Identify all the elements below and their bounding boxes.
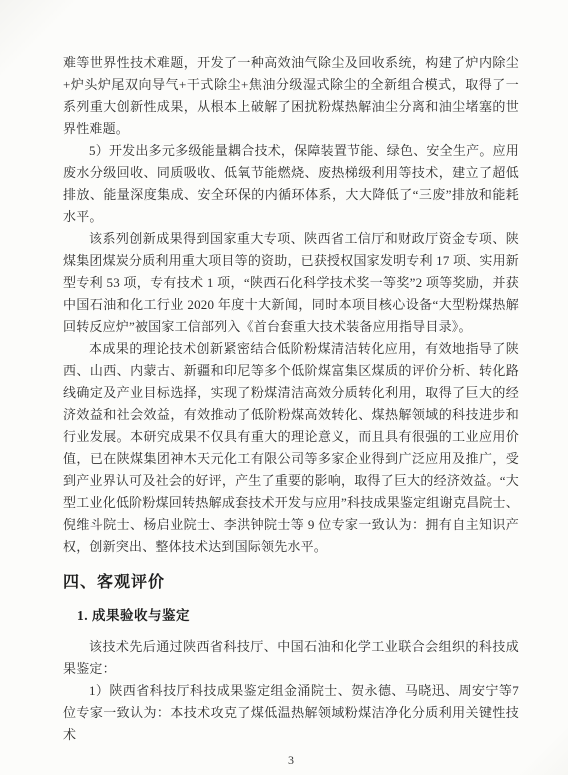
section-heading-objective-evaluation: 四、客观评价 — [63, 572, 519, 594]
paragraph-continuation: 难等世界性技术难题，开发了一种高效油气除尘及回收系统，构建了炉内除尘+炉头炉尾双… — [63, 52, 519, 140]
paragraph-appraisal-item1: 1）陕西省科技厅科技成果鉴定组金涌院士、贺永德、马晓迅、周安宁等7位专家一致认为… — [63, 680, 519, 746]
paragraph-appraisal-intro: 该技术先后通过陕西省科技厅、中国石油和化学工业联合会组织的科技成果鉴定： — [63, 636, 519, 680]
document-body: 难等世界性技术难题，开发了一种高效油气除尘及回收系统，构建了炉内除尘+炉头炉尾双… — [63, 52, 519, 768]
paragraph-energy-coupling: 5）开发出多元多级能量耦合技术，保障装置节能、绿色、安全生产。应用废水分级回收、… — [63, 140, 519, 228]
page-number: 3 — [63, 752, 519, 768]
paragraph-application-impact: 本成果的理论技术创新紧密结合低阶粉煤清洁转化应用，有效地指导了陕西、山西、内蒙古… — [63, 338, 519, 558]
sub-heading-acceptance-appraisal: 1. 成果验收与鉴定 — [77, 606, 519, 626]
document-page: 难等世界性技术难题，开发了一种高效油气除尘及回收系统，构建了炉内除尘+炉头炉尾双… — [0, 0, 568, 775]
paragraph-funding-awards: 该系列创新成果得到国家重大专项、陕西省工信厅和财政厅资金专项、陕煤集团煤炭分质利… — [63, 228, 519, 338]
